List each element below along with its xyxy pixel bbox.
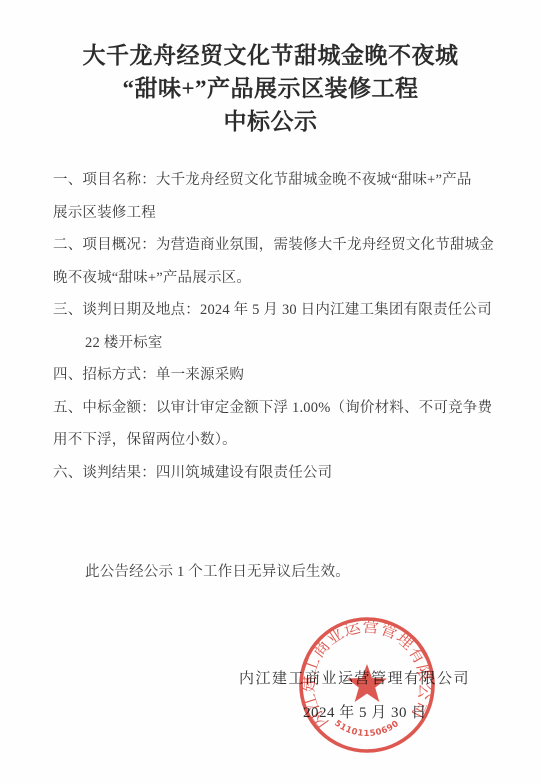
body-line-negotiation-room: 22 楼开标室: [53, 327, 513, 360]
body-line-award-amount-wrap: 用不下浮，保留两位小数）。: [53, 424, 513, 457]
title-line-2: “甜味+”产品展示区装修工程: [0, 72, 541, 105]
seal-group: 内江建工商业运营管理有限公司 5110115069099: [299, 617, 436, 751]
body-line-bidding-method: 四、招标方式：单一来源采购: [53, 359, 513, 392]
body-line-project-overview-wrap: 晚不夜城“甜味+”产品展示区。: [53, 262, 513, 295]
seal-star-icon: [347, 664, 387, 702]
body-line-project-name-wrap: 展示区装修工程: [53, 197, 513, 230]
announcement-page: 大千龙舟经贸文化节甜城金晚不夜城 “甜味+”产品展示区装修工程 中标公示 一、项…: [0, 0, 541, 783]
body-line-project-overview: 二、项目概况：为营造商业氛围，需装修大千龙舟经贸文化节甜城金: [53, 229, 513, 262]
document-body: 一、项目名称：大千龙舟经贸文化节甜城金晚不夜城“甜味+”产品 展示区装修工程 二…: [53, 164, 513, 489]
company-seal: 内江建工商业运营管理有限公司 5110115069099: [272, 590, 462, 780]
title-line-1: 大千龙舟经贸文化节甜城金晚不夜城: [0, 39, 541, 72]
body-line-negotiation-date-place: 三、谈判日期及地点：2024 年 5 月 30 日内江建工集团有限责任公司: [53, 294, 513, 327]
body-line-award-amount: 五、中标金额：以审计审定金额下浮 1.00%（询价材料、不可竞争费: [53, 392, 513, 425]
body-line-project-name: 一、项目名称：大千龙舟经贸文化节甜城金晚不夜城“甜味+”产品: [53, 164, 513, 197]
body-line-negotiation-result: 六、谈判结果：四川筑城建设有限责任公司: [53, 457, 513, 490]
effectiveness-note: 此公告经公示 1 个工作日无异议后生效。: [85, 560, 350, 581]
title-line-3: 中标公示: [0, 105, 541, 138]
document-title: 大千龙舟经贸文化节甜城金晚不夜城 “甜味+”产品展示区装修工程 中标公示: [0, 39, 541, 138]
